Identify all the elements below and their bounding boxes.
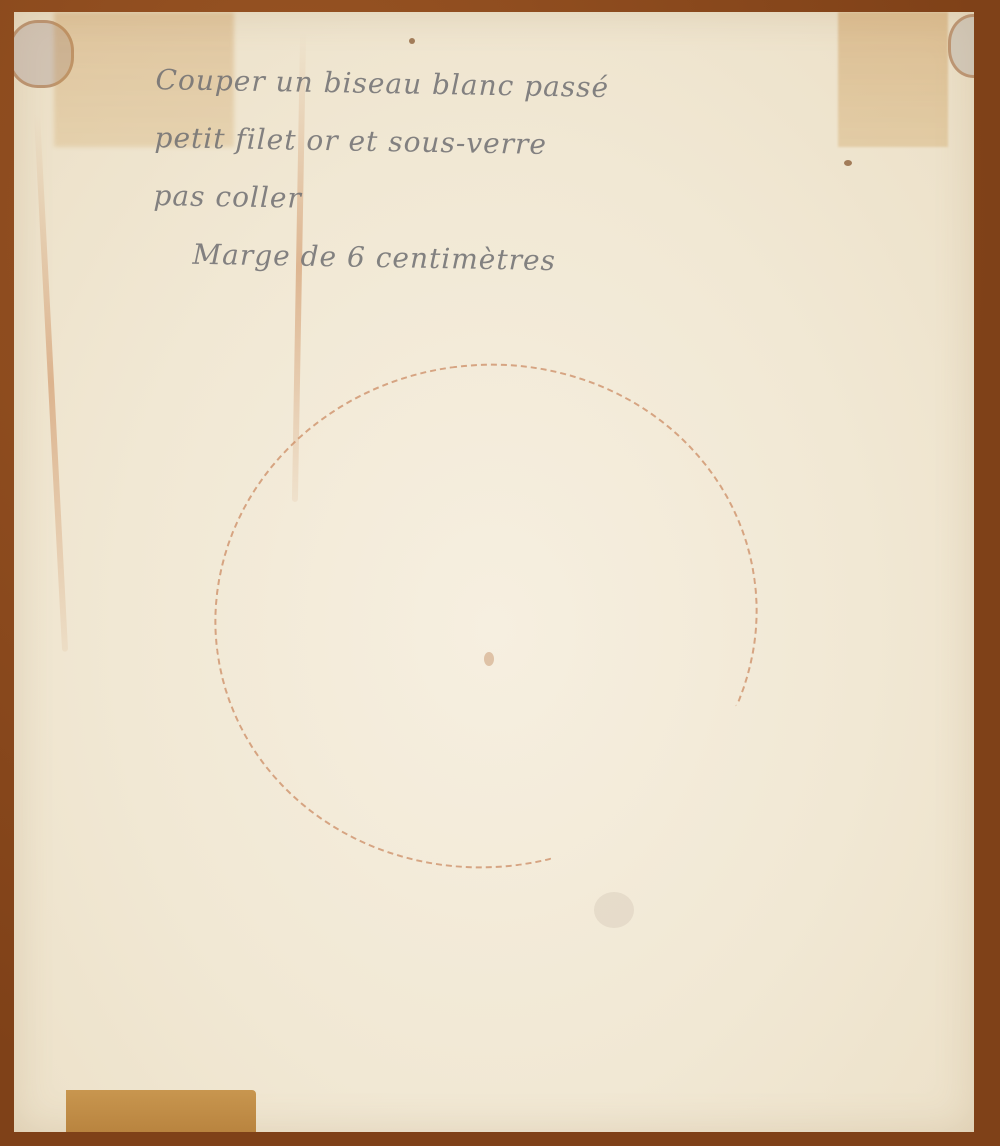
spot [409, 38, 415, 44]
spot [844, 160, 852, 166]
tape-residue-top-right [838, 12, 948, 147]
spot [594, 892, 634, 928]
note-line-4: Marge de 6 centimètres [152, 225, 833, 295]
handwritten-note: Couper un biseau blanc passé petit filet… [152, 51, 836, 295]
water-stain-top-right [948, 14, 974, 78]
stain-streak [34, 112, 68, 652]
paper-sheet: Couper un biseau blanc passé petit filet… [14, 12, 974, 1132]
bottom-pencil-mark: ᵘᶠᶦ [397, 1130, 408, 1132]
tape-residue-bottom [66, 1090, 256, 1132]
spot [484, 652, 494, 666]
circular-stain-mark [182, 329, 791, 904]
